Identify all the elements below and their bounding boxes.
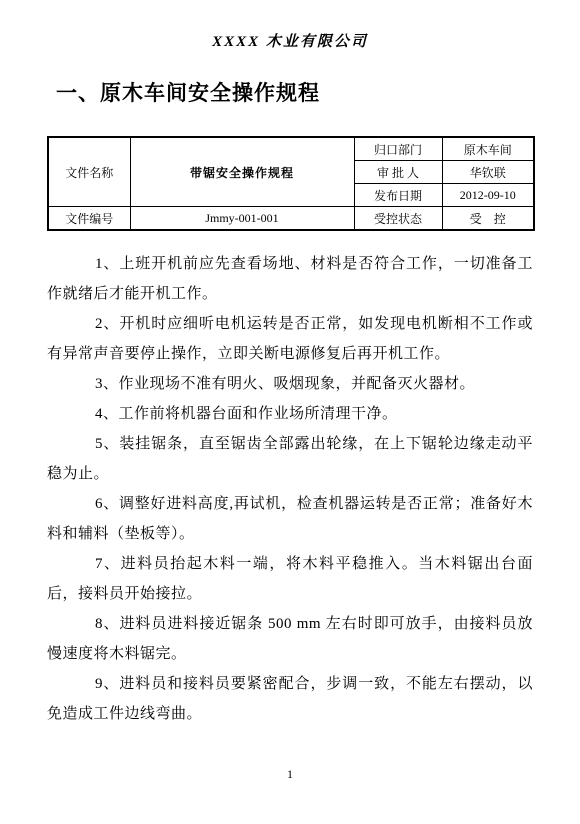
document-page: { "header": { "company": "XXXX 木业有限公司" }…	[0, 0, 580, 824]
company-name-header: XXXX 木业有限公司	[0, 0, 580, 51]
procedure-item: 8、进料员进料接近锯条 500 mm 左右时即可放手，由接料员放慢速度将木料锯完…	[47, 609, 533, 669]
procedure-item: 7、进料员抬起木料一端，将木料平稳推入。当木料锯出台面后，接料员开始接拉。	[47, 549, 533, 609]
procedure-item: 1、上班开机前应先查看场地、材料是否符合工作，一切准备工作就绪后才能开机工作。	[47, 249, 533, 309]
procedure-item: 4、工作前将机器台面和作业场所清理干净。	[47, 399, 533, 429]
dept-label-cell: 归口部门	[354, 137, 442, 161]
file-name-value-cell: 带锯安全操作规程	[130, 137, 354, 207]
approver-label-cell: 审 批 人	[354, 161, 442, 184]
procedure-body: 1、上班开机前应先查看场地、材料是否符合工作，一切准备工作就绪后才能开机工作。 …	[47, 249, 533, 729]
table-row: 文件编号 Jmmy-001-001 受控状态 受 控	[48, 207, 534, 231]
procedure-item: 6、调整好进料高度,再试机，检查机器运转是否正常；准备好木料和辅料（垫板等）。	[47, 489, 533, 549]
publish-date-label-cell: 发布日期	[354, 184, 442, 207]
file-no-value-cell: Jmmy-001-001	[130, 207, 354, 231]
control-status-label-cell: 受控状态	[354, 207, 442, 231]
procedure-item: 5、装挂锯条，直至锯齿全部露出轮缘，在上下锯轮边缘走动平稳为止。	[47, 429, 533, 489]
page-number: 1	[0, 767, 580, 782]
procedure-item: 2、开机时应细听电机运转是否正常，如发现电机断相不工作或有异常声音要停止操作，立…	[47, 309, 533, 369]
procedure-item: 9、进料员和接料员要紧密配合，步调一致，不能左右摆动，以免造成工件边线弯曲。	[47, 669, 533, 729]
document-info-table: 文件名称 带锯安全操作规程 归口部门 原木车间 审 批 人 华钦联 发布日期 2…	[47, 136, 535, 231]
control-status-value-cell: 受 控	[442, 207, 534, 231]
file-no-label-cell: 文件编号	[48, 207, 130, 231]
dept-value-cell: 原木车间	[442, 137, 534, 161]
file-name-label-cell: 文件名称	[48, 137, 130, 207]
approver-value-cell: 华钦联	[442, 161, 534, 184]
section-title: 一、原木车间安全操作规程	[56, 77, 580, 107]
procedure-item: 3、作业现场不准有明火、吸烟现象，并配备灭火器材。	[47, 369, 533, 399]
table-row: 文件名称 带锯安全操作规程 归口部门 原木车间	[48, 137, 534, 161]
publish-date-value-cell: 2012-09-10	[442, 184, 534, 207]
